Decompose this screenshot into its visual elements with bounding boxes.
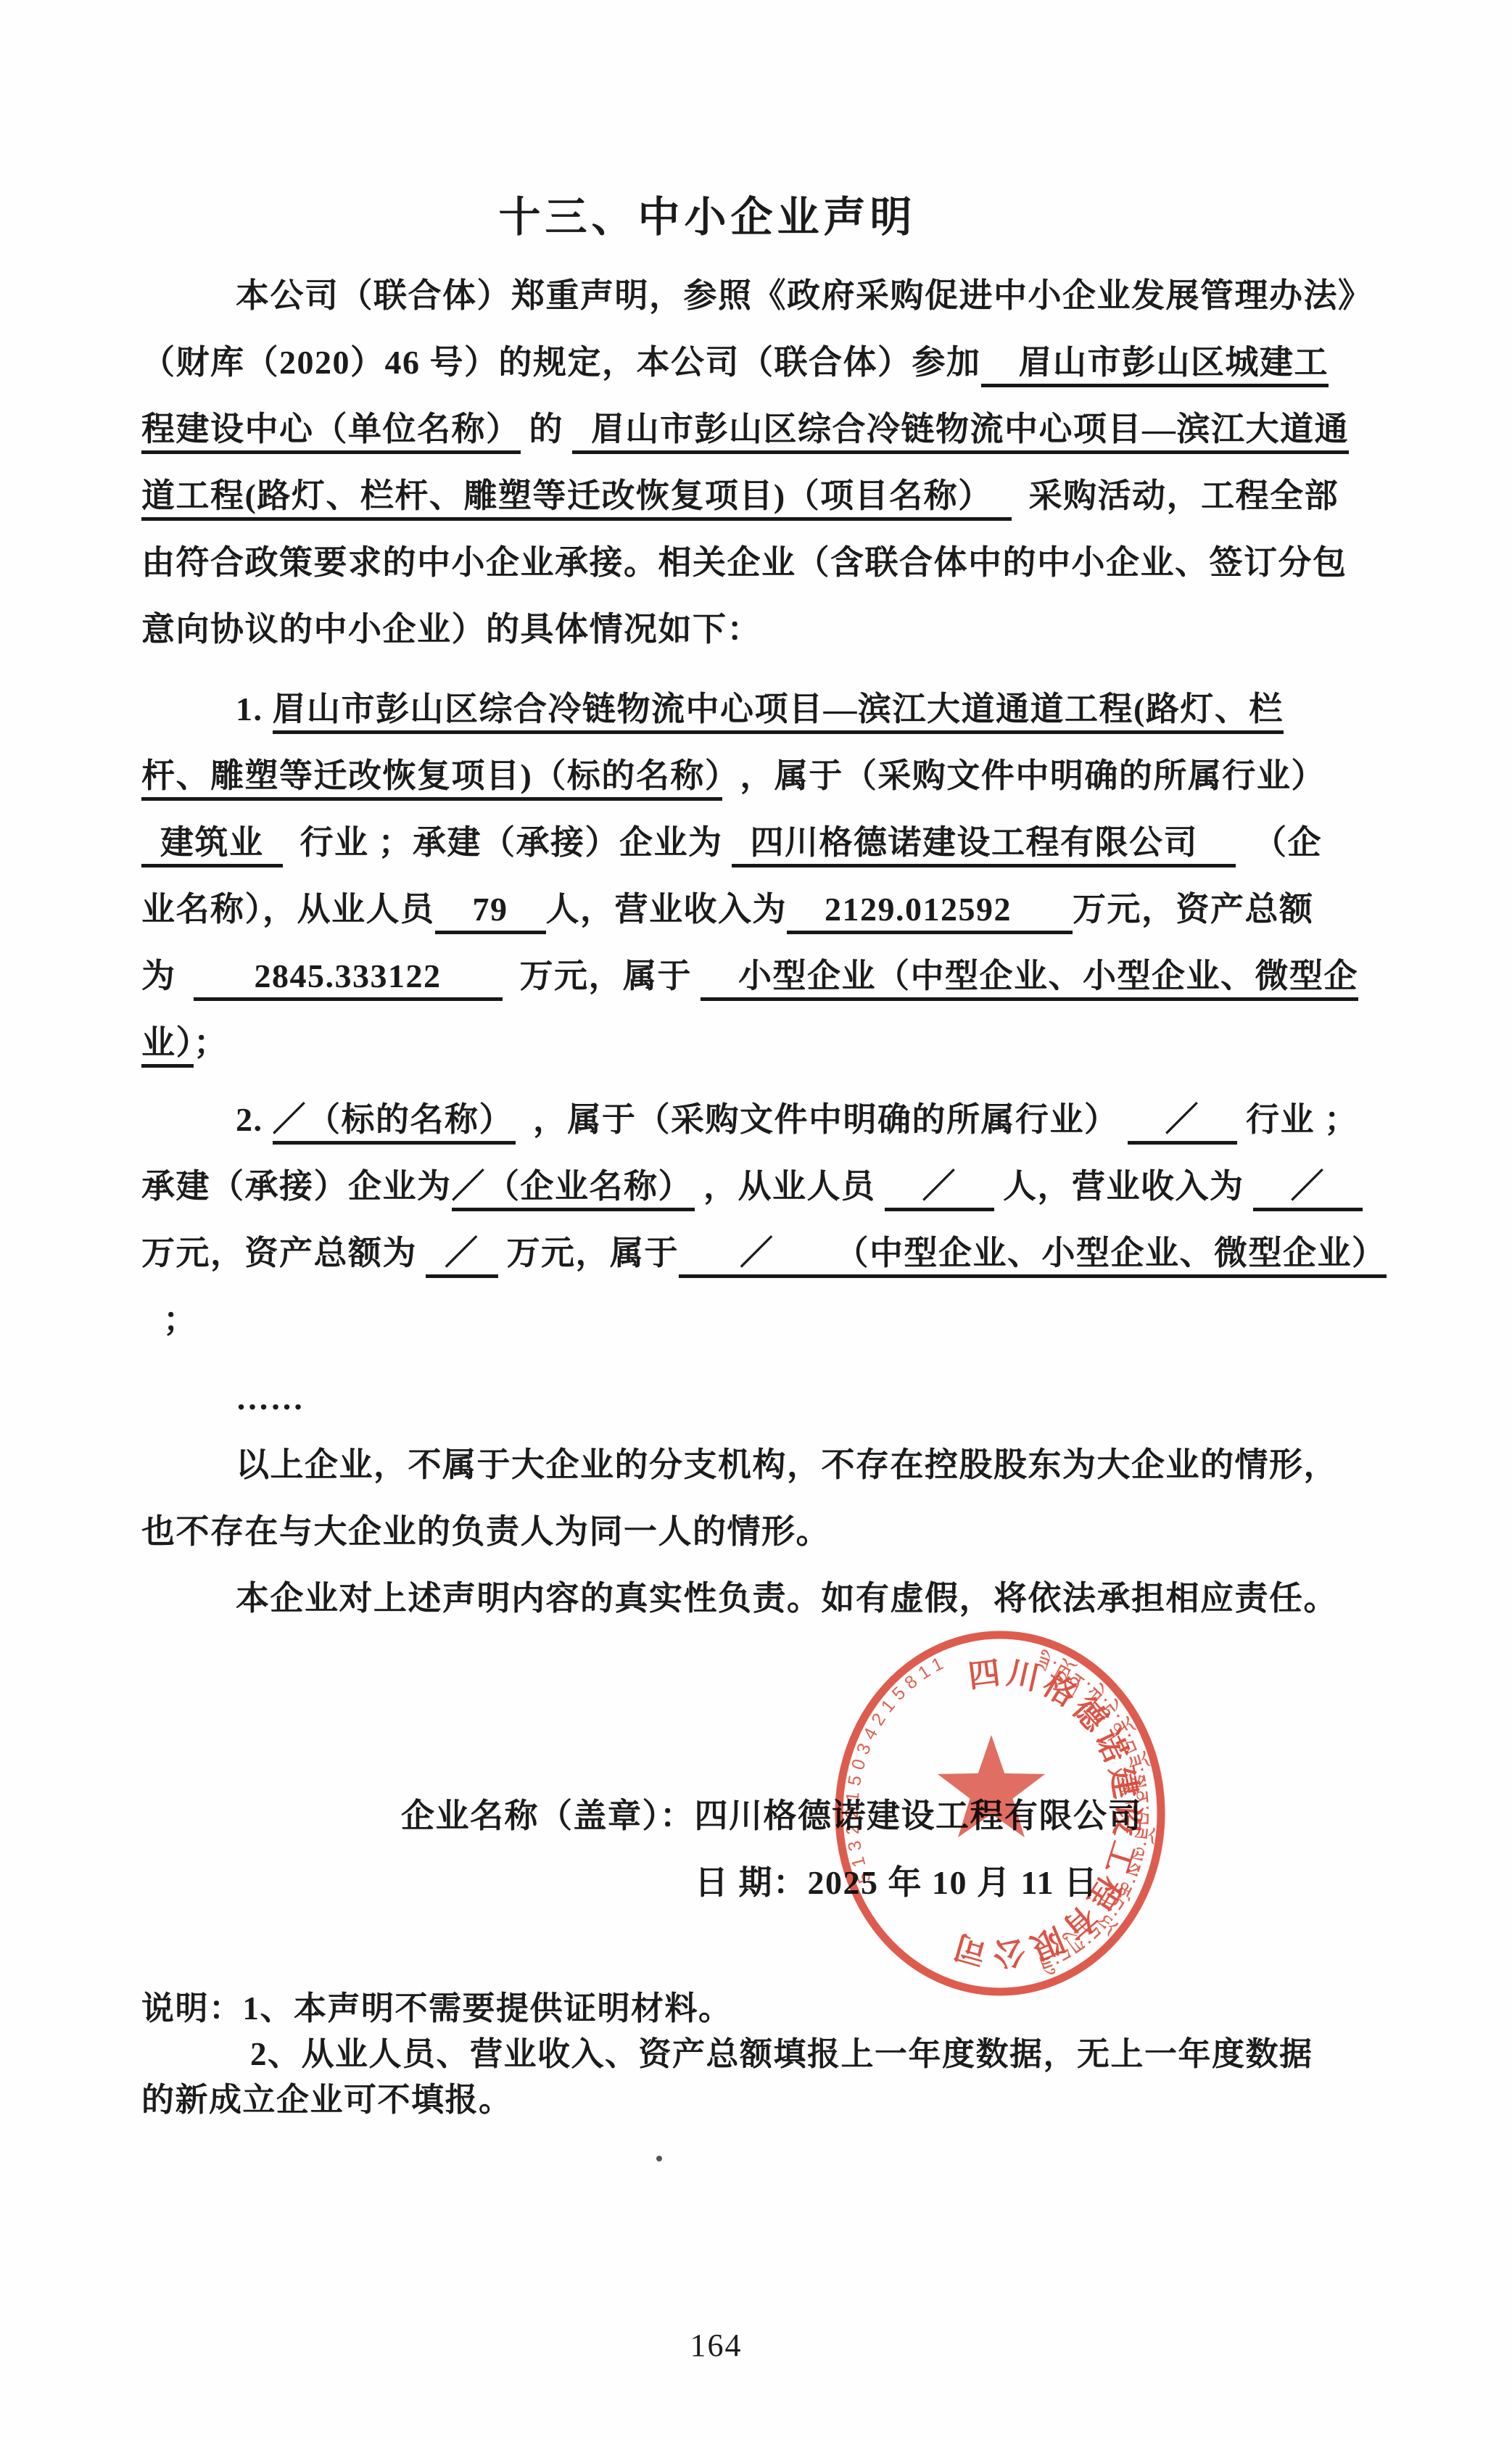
doc-line: 建筑业行业 ；承建（承接）企业为四川格德诺建设工程有限公司（企	[141, 809, 1371, 876]
text-segment: 本企业对上述声明内容的真实性负责。如有虚假，将依法承担相应责任。	[236, 1580, 1338, 1617]
doc-line: （财库（2020）46 号）的规定，本公司（联合体）参加眉山市彭山区城建工	[141, 329, 1371, 396]
doc-line: 本公司（联合体）郑重声明，参照《政府采购促进中小企业发展管理办法》	[141, 263, 1371, 329]
doc-line: 为2845.333122万元，属于小型企业（中型企业、小型企业、微型企	[141, 943, 1371, 1010]
doc-line: 程建设中心（单位名称）的眉山市彭山区综合冷链物流中心项目—滨江大道通	[141, 396, 1371, 463]
notes-line: 2、从业人员、营业收入、资产总额填报上一年度数据，无上一年度数据	[141, 2032, 1371, 2077]
text-segment: 以上企业，不属于大企业的分支机构，不存在控股股东为大企业的情形，	[236, 1446, 1338, 1483]
svg-text:5132215034215811: 5132215034215811	[842, 1651, 951, 1886]
item-1-block: 1. 眉山市彭山区综合冷链物流中心项目—滨江大道通道工程(路灯、栏 杆、雕塑等迁…	[141, 676, 1371, 1076]
doc-line: 杆、雕塑等迁改恢复项目)（标的名称），属于（采购文件中明确的所属行业）	[141, 743, 1371, 809]
project-name-part1: 眉山市彭山区综合冷链物流中心项目—滨江大道通	[572, 411, 1349, 454]
doc-line: 万元，资产总额为／万元，属于／（中型企业、小型企业、微型企业）	[141, 1220, 1371, 1287]
doc-line: 本企业对上述声明内容的真实性负责。如有虚假，将依法承担相应责任。	[141, 1565, 1371, 1632]
enterprise-type-options: （中型企业、小型企业、微型企业）	[835, 1235, 1387, 1278]
enterprise-type-options-part1: （中型企业、小型企业、微型企	[876, 957, 1358, 1001]
stamp-star-icon	[938, 1735, 1045, 1837]
doc-line: 业）；	[141, 1010, 1371, 1076]
item-number: 1.	[236, 691, 273, 728]
text-segment: 采购活动，工程全部	[1029, 477, 1339, 514]
notes-line: 说明：1、本声明不需要提供证明材料。	[141, 1986, 1371, 2032]
purchaser-name-part1: 眉山市彭山区城建工	[981, 344, 1329, 387]
subject-name-placeholder: ／（标的名称）	[273, 1101, 516, 1145]
text-segment: 意向协议的中小企业）的具体情况如下：	[141, 611, 761, 648]
text-segment: ，属于（采购文件中明确的所属行业）	[533, 1101, 1119, 1138]
signature-block: 企业名称（盖章）：四川格德诺建设工程有限公司 日 期：2025 年 10 月 1…	[141, 1783, 1371, 1916]
text-segment: ；	[163, 1301, 198, 1338]
company-stamp: 四川格德诺建设工程有限公司 5132215034215811 ཟི་ཁྲོན་ཀ…	[830, 1626, 1170, 2000]
text-segment: 万元，资产总额为	[141, 1235, 417, 1271]
company-name-placeholder: ／（企业名称）	[452, 1168, 695, 1211]
industry-placeholder: ／	[1128, 1101, 1238, 1145]
item-2-block: 2. ／（标的名称），属于（采购文件中明确的所属行业）／行业 ； 承建（承接）企…	[141, 1087, 1371, 1353]
page-title: 十三、中小企业声明	[0, 187, 1463, 248]
text-segment: 本公司（联合体）郑重声明，参照《政府采购促进中小企业发展管理办法》	[236, 277, 1373, 314]
doc-line: 以上企业，不属于大企业的分支机构，不存在控股股东为大企业的情形，	[141, 1432, 1371, 1499]
doc-line: 也不存在与大企业的负责人为同一人的情形。	[141, 1499, 1371, 1565]
doc-line: 2. ／（标的名称），属于（采购文件中明确的所属行业）／行业 ；	[141, 1087, 1371, 1153]
doc-line: 承建（承接）企业为／（企业名称），从业人员／人，营业收入为／	[141, 1153, 1371, 1220]
text-segment: 行业 ；承建（承接）企业为	[300, 824, 723, 861]
text-segment: 由符合政策要求的中小企业承接。相关企业（含联合体中的中小企业、签订分包	[141, 544, 1347, 581]
declaration-body: 本公司（联合体）郑重声明，参照《政府采购促进中小企业发展管理办法》 （财库（20…	[141, 263, 1371, 2123]
employees-value: 79	[435, 891, 546, 934]
enterprise-type-value: 小型企业	[701, 957, 876, 1001]
notes-line: 的新成立企业可不填报。	[141, 2077, 1371, 2123]
doc-line: 业名称），从业人员79人，营业收入为2129.012592万元，资产总额	[141, 876, 1371, 943]
scan-artifact-dot	[656, 2156, 662, 2161]
enterprise-type-placeholder: ／	[679, 1235, 835, 1278]
ellipsis: ……	[236, 1380, 305, 1417]
text-segment: 行业 ；	[1246, 1101, 1359, 1138]
text-segment: 业名称），从业人员	[141, 891, 435, 928]
closing-block: 以上企业，不属于大企业的分支机构，不存在控股股东为大企业的情形， 也不存在与大企…	[141, 1432, 1371, 1632]
doc-line: 1. 眉山市彭山区综合冷链物流中心项目—滨江大道通道工程(路灯、栏	[141, 676, 1371, 743]
text-segment: 万元，属于	[520, 957, 693, 994]
doc-line: 意向协议的中小企业）的具体情况如下：	[141, 596, 1371, 663]
industry-value: 建筑业	[141, 824, 283, 867]
text-segment: 人，营业收入为	[1003, 1168, 1244, 1205]
notes-block: 说明：1、本声明不需要提供证明材料。 2、从业人员、营业收入、资产总额填报上一年…	[141, 1986, 1371, 2123]
assets-placeholder: ／	[426, 1235, 498, 1278]
text-segment: 也不存在与大企业的负责人为同一人的情形。	[141, 1513, 830, 1550]
revenue-placeholder: ／	[1253, 1168, 1363, 1211]
stamp-code-arc: 5132215034215811	[842, 1651, 951, 1886]
text-segment: （财库（2020）46 号）的规定，本公司（联合体）参加	[141, 344, 981, 381]
text-segment: 承建（承接）企业为	[141, 1168, 452, 1205]
doc-line: 道工程(路灯、栏杆、雕塑等迁改恢复项目)（项目名称）采购活动，工程全部	[141, 463, 1371, 529]
revenue-value: 2129.012592	[787, 891, 1073, 934]
subject-name-part2: 杆、雕塑等迁改恢复项目)（标的名称）	[141, 757, 722, 801]
text-segment: 万元，属于	[507, 1235, 679, 1271]
doc-line: 由符合政策要求的中小企业承接。相关企业（含联合体中的中小企业、签订分包	[141, 529, 1371, 596]
text-segment: 为	[141, 957, 176, 994]
purchaser-name-part2: 程建设中心（单位名称）	[141, 411, 521, 454]
text-segment: ，属于（采购文件中明确的所属行业）	[740, 757, 1326, 794]
text-segment: 的	[529, 411, 564, 448]
text-segment: ，从业人员	[703, 1168, 876, 1205]
employees-placeholder: ／	[885, 1168, 995, 1211]
document-page: 十三、中小企业声明 本公司（联合体）郑重声明，参照《政府采购促进中小企业发展管理…	[0, 0, 1512, 2440]
contractor-name-value: 四川格德诺建设工程有限公司	[732, 824, 1236, 867]
subject-name-part1: 眉山市彭山区综合冷链物流中心项目—滨江大道通道工程(路灯、栏	[273, 691, 1284, 734]
item-number: 2.	[236, 1101, 273, 1138]
enterprise-type-options-part2: 业）	[141, 1024, 194, 1068]
page-number: 164	[0, 2327, 1472, 2364]
ellipsis-line: ……	[141, 1365, 1371, 1432]
doc-line: ；	[141, 1287, 1371, 1353]
assets-value: 2845.333122	[194, 957, 503, 1001]
ellipsis-block: ……	[141, 1365, 1371, 1432]
text-segment: （企	[1253, 824, 1322, 861]
project-name-part2: 道工程(路灯、栏杆、雕塑等迁改恢复项目)（项目名称）	[141, 477, 1012, 521]
text-segment: ；	[194, 1024, 228, 1061]
text-segment: 人，营业收入为	[546, 891, 788, 928]
text-segment: 万元，资产总额	[1073, 891, 1314, 928]
